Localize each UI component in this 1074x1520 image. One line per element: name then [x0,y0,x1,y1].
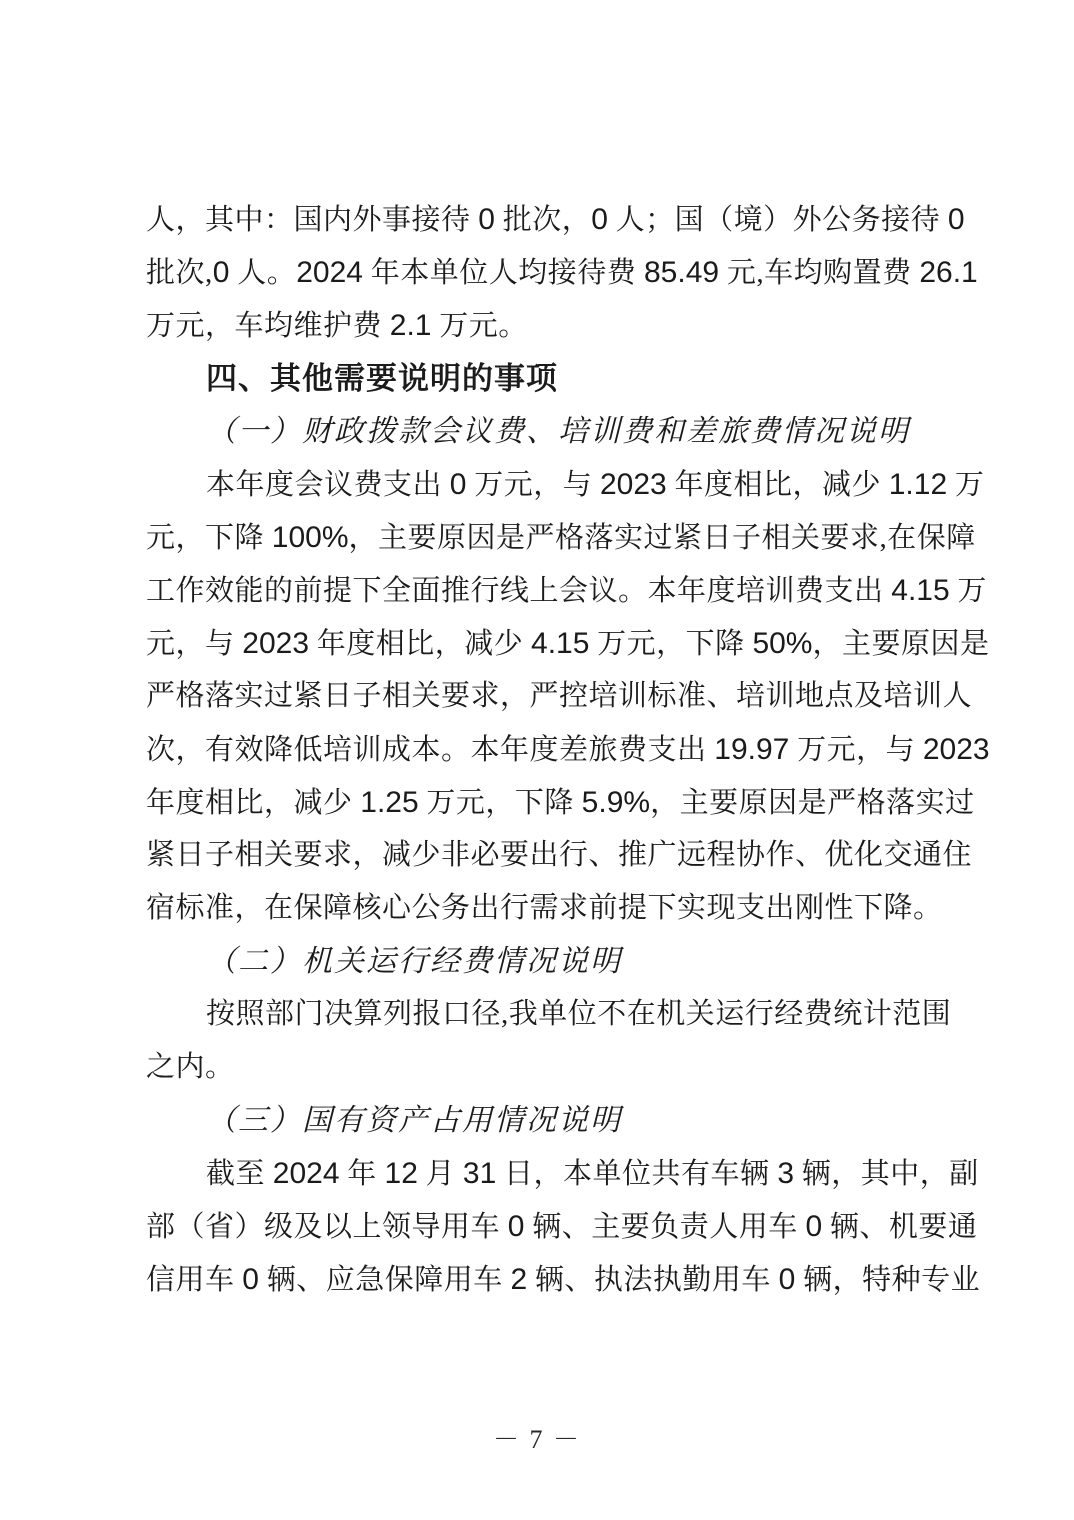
document-page: 人，其中：国内外事接待 0 批次，0 人；国（境）外公务接待 0批次,0 人。2… [0,0,1074,1520]
numeric-text: 26.1 [919,256,977,289]
subsection-heading: （一）财政拨款会议费、培训费和差旅费情况说明 [146,405,938,458]
numeric-text: 2023 [242,627,309,660]
text-line: 元，下降 100%，主要原因是严格落实过紧日子相关要求,在保障 [146,511,938,564]
text-line: 宿标准，在保障核心公务出行需求前提下实现支出刚性下降。 [146,882,938,935]
text-line: 次，有效降低培训成本。本年度差旅费支出 19.97 万元，与 2023 [146,723,938,776]
numeric-text: 0 [591,203,608,236]
numeric-text: 85.49 [644,256,719,289]
text-line: 信用车 0 辆、应急保障用车 2 辆、执法执勤用车 0 辆，特种专业 [146,1253,938,1306]
numeric-text: 1.12 [889,468,947,501]
text-line: 紧日子相关要求，减少非必要出行、推广远程协作、优化交通住 [146,829,938,882]
numeric-text: 100% [272,521,349,554]
numeric-text: 2 [510,1263,527,1296]
numeric-text: 0 [450,468,467,501]
numeric-text: 5.9% [582,786,650,819]
text-line: 人，其中：国内外事接待 0 批次，0 人；国（境）外公务接待 0 [146,193,938,246]
numeric-text: 2024 [273,1157,340,1190]
numeric-text: 0 [508,1210,525,1243]
text-line: 部（省）级及以上领导用车 0 辆、主要负责人用车 0 辆、机要通 [146,1200,938,1253]
numeric-text: 3 [777,1157,794,1190]
numeric-text: 0 [779,1263,796,1296]
numeric-text: 31 [463,1157,496,1190]
text-line: 工作效能的前提下全面推行线上会议。本年度培训费支出 4.15 万 [146,564,938,617]
document-body: 人，其中：国内外事接待 0 批次，0 人；国（境）外公务接待 0批次,0 人。2… [146,193,938,1306]
numeric-text: 0 [805,1210,822,1243]
numeric-text: 19.97 [714,733,789,766]
numeric-text: 2.1 [390,309,432,342]
text-line: 批次,0 人。2024 年本单位人均接待费 85.49 元,车均购置费 26.1 [146,246,938,299]
text-line: 截至 2024 年 12 月 31 日，本单位共有车辆 3 辆，其中，副 [146,1147,938,1200]
text-line: 年度相比，减少 1.25 万元，下降 5.9%，主要原因是严格落实过 [146,776,938,829]
numeric-text: 4.15 [531,627,589,660]
numeric-text: 12 [385,1157,418,1190]
text-line: 本年度会议费支出 0 万元，与 2023 年度相比，减少 1.12 万 [146,458,938,511]
numeric-text: 0 [478,203,495,236]
numeric-text: 0 [948,203,965,236]
numeric-text: 1.25 [360,786,418,819]
page-number: － 7 － [493,1425,581,1454]
subsection-heading: （三）国有资产占用情况说明 [146,1094,938,1147]
text-line: 万元，车均维护费 2.1 万元。 [146,299,938,352]
numeric-text: 0 [213,256,230,289]
numeric-text: 2024 [296,256,363,289]
subsection-heading: （二）机关运行经费情况说明 [146,935,938,988]
numeric-text: 0 [242,1263,259,1296]
page-footer: － 7 － [0,1420,1074,1460]
text-line: 按照部门决算列报口径,我单位不在机关运行经费统计范围 [146,988,938,1041]
numeric-text: 4.15 [891,574,949,607]
numeric-text: 2023 [600,468,667,501]
text-line: 严格落实过紧日子相关要求，严控培训标准、培训地点及培训人 [146,670,938,723]
text-line: 元，与 2023 年度相比，减少 4.15 万元，下降 50%，主要原因是 [146,617,938,670]
numeric-text: 2023 [923,733,990,766]
text-line: 之内。 [146,1041,938,1094]
numeric-text: 50% [752,627,812,660]
section-heading: 四、其他需要说明的事项 [146,352,938,405]
